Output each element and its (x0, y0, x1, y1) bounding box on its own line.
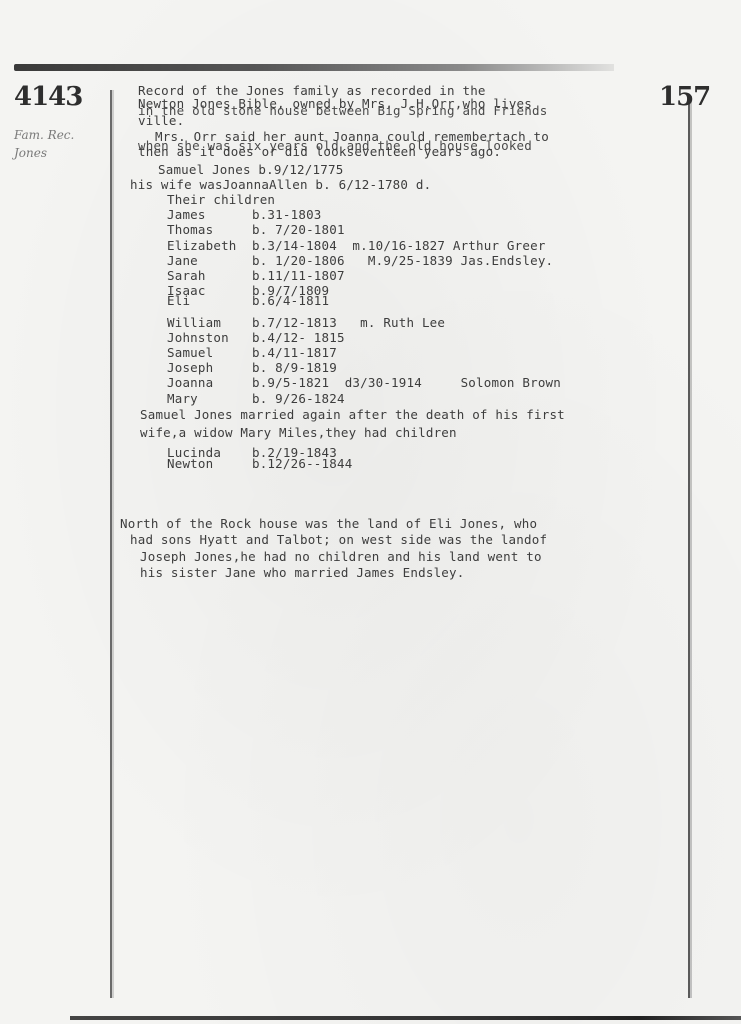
child-row: Mary b. 9/26-1824 (167, 392, 345, 405)
left-margin-line (110, 90, 112, 998)
intro-line: in the old stone house between Big Sprin… (138, 104, 547, 117)
child-name: William (167, 315, 252, 330)
child-info: b. 1/20-1806 M.9/25-1839 Jas.Endsley. (252, 253, 553, 268)
closing-line: had sons Hyatt and Talbot; on west side … (130, 533, 547, 546)
child-name: Johnston (167, 330, 252, 345)
child-row: Sarah b.11/11-1807 (167, 269, 345, 282)
child-name: James (167, 207, 252, 222)
closing-line: North of the Rock house was the land of … (120, 517, 537, 530)
margin-note: Fam. Rec. (14, 128, 74, 142)
reference-number: 4143 (14, 82, 82, 112)
child-info: b. 8/9-1819 (252, 360, 337, 375)
child-name: Samuel (167, 345, 252, 360)
child-info: b. 9/26-1824 (252, 391, 345, 406)
child-row: Joanna b.9/5-1821 d3/30-1914 Solomon Bro… (167, 376, 561, 389)
child-info: b.31-1803 (252, 207, 322, 222)
child-info: b.7/12-1813 m. Ruth Lee (252, 315, 445, 330)
child-name: Newton (167, 456, 252, 471)
child-info: b.4/12- 1815 (252, 330, 345, 345)
child-info: b.9/5-1821 d3/30-1914 Solomon Brown (252, 375, 561, 390)
intro-line: ville. (138, 114, 184, 127)
closing-line: Joseph Jones,he had no children and his … (140, 550, 542, 563)
child-row: James b.31-1803 (167, 208, 322, 221)
child-name: Joanna (167, 375, 252, 390)
child-name: Jane (167, 253, 252, 268)
right-margin-line (688, 96, 690, 998)
children-heading: Their children (167, 193, 275, 206)
child-name: Mary (167, 391, 252, 406)
child-info: b. 7/20-1801 (252, 222, 345, 237)
child-row: Eli b.6/4-1811 (167, 294, 329, 307)
child-row: Newton b.12/26--1844 (167, 457, 352, 470)
mother-line: his wife wasJoannaAllen b. 6/12-1780 d. (130, 178, 431, 191)
child-info: b.12/26--1844 (252, 456, 352, 471)
second-marriage-line: wife,a widow Mary Miles,they had childre… (140, 426, 457, 439)
margin-note: Jones (14, 146, 47, 160)
child-row: Joseph b. 8/9-1819 (167, 361, 337, 374)
father-line: Samuel Jones b.9/12/1775 (158, 163, 343, 176)
child-name: Sarah (167, 268, 252, 283)
child-info: b.11/11-1807 (252, 268, 345, 283)
child-row: Thomas b. 7/20-1801 (167, 223, 345, 236)
child-name: Elizabeth (167, 238, 252, 253)
child-row: Elizabeth b.3/14-1804 m.10/16-1827 Arthu… (167, 239, 546, 252)
child-name: Eli (167, 293, 252, 308)
child-info: b.3/14-1804 m.10/16-1827 Arthur Greer (252, 238, 546, 253)
bottom-rule (70, 1016, 741, 1020)
child-name: Thomas (167, 222, 252, 237)
child-row: Johnston b.4/12- 1815 (167, 331, 345, 344)
closing-line: his sister Jane who married James Endsle… (140, 566, 464, 579)
top-rule (14, 64, 614, 71)
intro-line: then as it does or did lookseventeen yea… (138, 145, 501, 158)
child-row: Samuel b.4/11-1817 (167, 346, 337, 359)
child-row: William b.7/12-1813 m. Ruth Lee (167, 316, 445, 329)
child-info: b.6/4-1811 (252, 293, 329, 308)
child-row: Jane b. 1/20-1806 M.9/25-1839 Jas.Endsle… (167, 254, 553, 267)
child-info: b.4/11-1817 (252, 345, 337, 360)
child-name: Joseph (167, 360, 252, 375)
page-number: 157 (659, 82, 710, 112)
second-marriage-line: Samuel Jones married again after the dea… (140, 408, 565, 421)
